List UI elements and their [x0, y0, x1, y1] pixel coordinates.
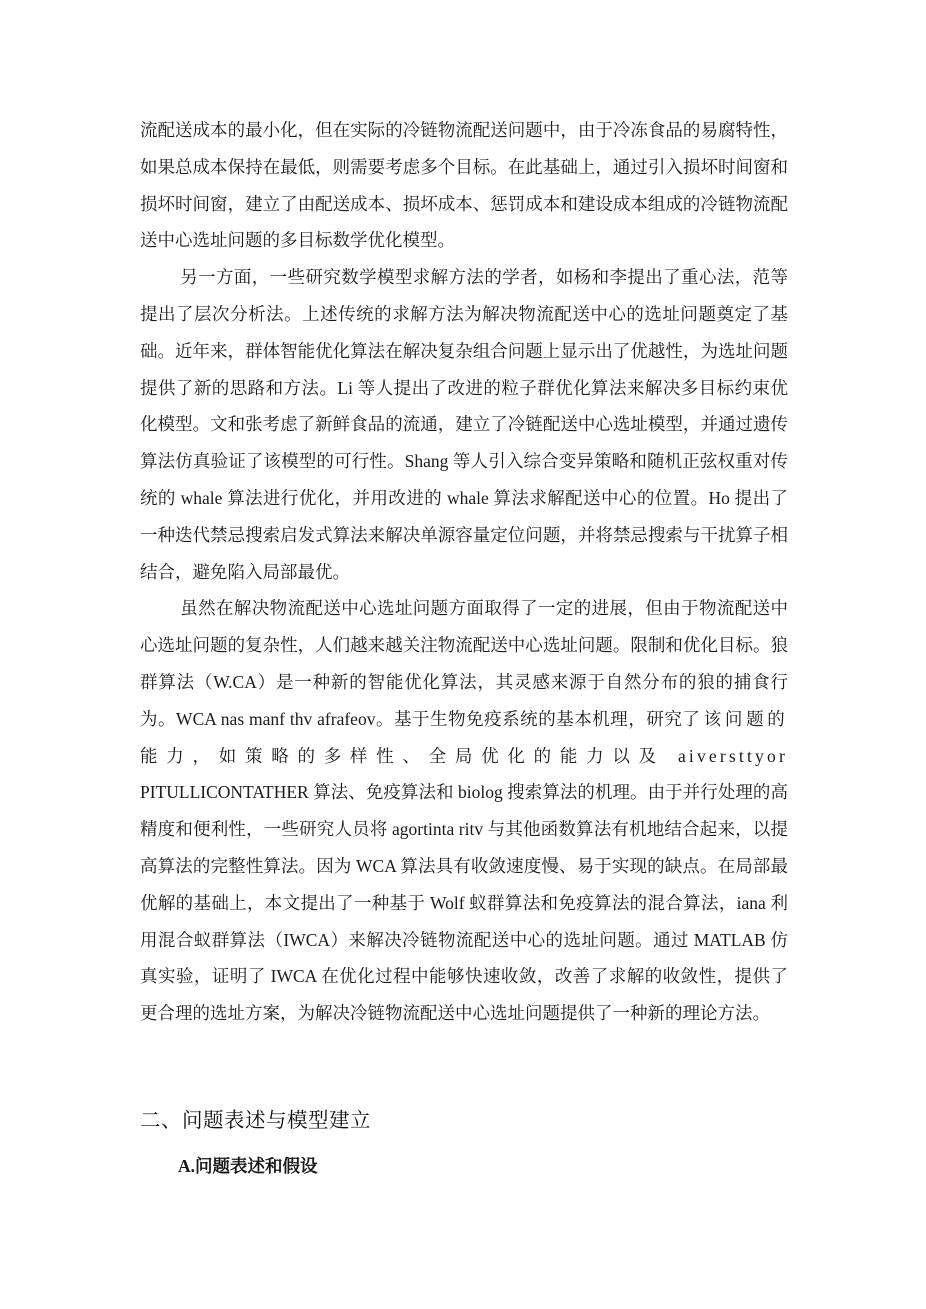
paragraph-2: 另一方面，一些研究数学模型求解方法的学者，如杨和李提出了重心法，范等提出了层次分… [140, 259, 788, 590]
subsection-heading: A.问题表述和假设 [178, 1153, 318, 1178]
document-body: 流配送成本的最小化，但在实际的冷链物流配送问题中，由于冷冻食品的易腐特性，如果总… [140, 112, 788, 1032]
paragraph-1: 流配送成本的最小化，但在实际的冷链物流配送问题中，由于冷冻食品的易腐特性，如果总… [140, 112, 788, 259]
paragraph-3-part-c: PITULLICONTATHER 算法、免疫算法和 biolog 搜索算法的机理… [140, 782, 788, 1023]
section-heading: 二、问题表述与模型建立 [140, 1103, 371, 1133]
paragraph-3: 虽然在解决物流配送中心选址问题方面取得了一定的进展，但由于物流配送中心选址问题的… [140, 590, 788, 1032]
